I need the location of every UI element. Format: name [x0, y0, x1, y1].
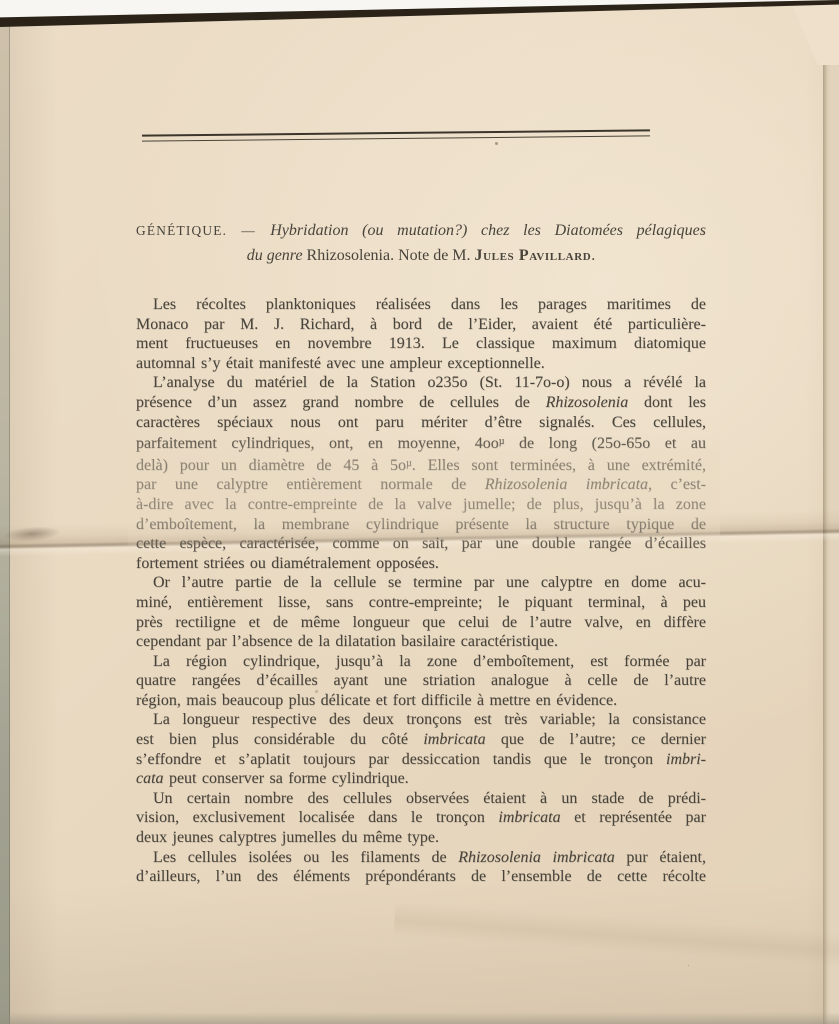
text-line: d’emboîtement, la membrane cylindrique p…: [136, 515, 706, 535]
text-segment: La région cylindrique, jusqu’à la zone d…: [153, 653, 706, 670]
text-line: Monaco par M. J. Richard, à bord de l’Ei…: [136, 315, 706, 335]
text-line: près rectiligne et de même longueur que …: [136, 613, 706, 633]
text-line: La région cylindrique, jusqu’à la zone d…: [136, 652, 706, 672]
text-segment: Hybridation (ou mutation?) chez les Diat…: [270, 222, 706, 239]
text-segment: caractères spéciaux nous ont paru mérite…: [136, 414, 706, 431]
text-line: delà) pour un diamètre de 45 à 5oµ. Elle…: [136, 454, 706, 476]
text-segment: près rectiligne et de même longueur que …: [136, 614, 706, 631]
text-segment: Rhizosolenia imbricata: [458, 849, 615, 866]
double-rule-divider: [142, 129, 650, 141]
text-segment: Les cellules isolées ou les filaments de: [153, 849, 458, 866]
text-line: Les cellules isolées ou les filaments de…: [136, 848, 706, 868]
text-segment: à-dire avec la contre-empreinte de la va…: [136, 496, 706, 513]
text-segment: cette espèce, caractérisée, comme on sai…: [136, 535, 706, 552]
text-segment: miné, entièrement lisse, sans contre-emp…: [136, 594, 706, 611]
article-heading: GÉNÉTIQUE. — Hybridation (ou mutation?) …: [136, 218, 706, 268]
text-line: cata peut conserver sa forme cylindrique…: [136, 769, 706, 789]
text-segment: delà) pour un diamètre de 45 à 5o: [136, 457, 406, 474]
heading-line-1: GÉNÉTIQUE. — Hybridation (ou mutation?) …: [136, 218, 706, 243]
text-line: à-dire avec la contre-empreinte de la va…: [136, 495, 706, 515]
article-body: Les récoltes planktoniques réalisées dan…: [136, 295, 706, 887]
text-segment: dont les: [628, 394, 706, 411]
scanned-document-page: GÉNÉTIQUE. — Hybridation (ou mutation?) …: [0, 0, 839, 1024]
text-line: caractères spéciaux nous ont paru mérite…: [136, 413, 706, 433]
text-line: Or l’autre partie de la cellule se termi…: [136, 573, 706, 593]
text-line: cependant par l’absence de la dilatation…: [136, 632, 706, 652]
text-segment: Or l’autre partie de la cellule se termi…: [153, 574, 706, 591]
text-line: parfaitement cylindriques, ont, en moyen…: [136, 432, 706, 454]
text-line: Les récoltes planktoniques réalisées dan…: [136, 295, 706, 315]
text-segment: Un certain nombre des cellules observées…: [153, 790, 706, 807]
text-segment: .: [591, 247, 595, 264]
text-segment: que de l’autre; ce dernier: [486, 731, 706, 748]
printed-content: GÉNÉTIQUE. — Hybridation (ou mutation?) …: [0, 0, 839, 1024]
text-segment: de long (25o-65o et au: [505, 435, 706, 452]
text-segment: région, mais beaucoup plus délicate et f…: [136, 692, 617, 709]
text-segment: Jules Pavillard: [475, 247, 592, 264]
text-segment: imbri-: [666, 751, 706, 768]
text-segment: peut conserver sa forme cylindrique.: [164, 770, 409, 787]
heading-line-2: du genre Rhizosolenia. Note de M. Jules …: [136, 243, 706, 268]
text-segment: présence d’un assez grand nombre de cell…: [136, 394, 546, 411]
text-line: quatre rangées d’écailles ayant une stri…: [136, 671, 706, 691]
text-segment: . Elles sont terminées, à une extrémité,: [412, 457, 706, 474]
text-segment: par une calyptre entièrement normale de: [136, 476, 485, 493]
text-segment: et représentée par: [561, 809, 706, 826]
text-line: miné, entièrement lisse, sans contre-emp…: [136, 593, 706, 613]
text-segment: automnal s’y était manifesté avec une am…: [136, 355, 545, 372]
text-segment: , c’est-: [648, 476, 706, 493]
text-segment: fortement striées ou diamétralement oppo…: [136, 555, 439, 572]
text-segment: du genre: [247, 247, 307, 264]
text-line: cette espèce, caractérisée, comme on sai…: [136, 534, 706, 554]
text-segment: imbricata: [498, 809, 560, 826]
text-segment: deux jeunes calyptres jumelles du même t…: [136, 829, 439, 846]
text-segment: La longueur respective des deux tronçons…: [153, 711, 706, 728]
text-segment: est bien plus considérable du côté: [136, 731, 423, 748]
text-segment: Rhizosolenia imbricata: [485, 476, 648, 493]
text-segment: imbricata: [423, 731, 485, 748]
text-segment: Rhizosolenia: [546, 394, 629, 411]
text-line: s’effondre et s’aplatit toujours par des…: [136, 750, 706, 770]
text-segment: pur étaient,: [615, 849, 706, 866]
text-segment: ment fructueuses en novembre 1913. Le cl…: [136, 335, 706, 352]
text-line: automnal s’y était manifesté avec une am…: [136, 354, 706, 374]
text-segment: Monaco par M. J. Richard, à bord de l’Ei…: [136, 316, 706, 333]
text-segment: vision, exclusivement localisée dans le …: [136, 809, 498, 826]
text-line: fortement striées ou diamétralement oppo…: [136, 554, 706, 574]
text-segment: quatre rangées d’écailles ayant une stri…: [136, 672, 706, 689]
text-line: L’analyse du matériel de la Station o235…: [136, 373, 706, 393]
text-segment: s’effondre et s’aplatit toujours par des…: [136, 751, 666, 768]
text-segment: Les récoltes planktoniques réalisées dan…: [153, 296, 706, 313]
text-line: deux jeunes calyptres jumelles du même t…: [136, 828, 706, 848]
text-segment: cependant par l’absence de la dilatation…: [136, 633, 558, 650]
text-line: Un certain nombre des cellules observées…: [136, 789, 706, 809]
text-line: d’ailleurs, l’un des éléments prépondéra…: [136, 867, 706, 887]
text-segment: GÉNÉTIQUE. —: [136, 223, 270, 238]
text-segment: d’ailleurs, l’un des éléments prépondéra…: [136, 868, 706, 885]
text-line: ment fructueuses en novembre 1913. Le cl…: [136, 334, 706, 354]
text-segment: parfaitement cylindriques, ont, en moyen…: [136, 435, 499, 452]
text-segment: cata: [136, 770, 164, 787]
text-segment: Rhizosolenia. Note de M.: [307, 247, 475, 264]
text-line: est bien plus considérable du côté imbri…: [136, 730, 706, 750]
text-line: région, mais beaucoup plus délicate et f…: [136, 691, 706, 711]
text-line: présence d’un assez grand nombre de cell…: [136, 393, 706, 413]
text-line: vision, exclusivement localisée dans le …: [136, 808, 706, 828]
text-line: par une calyptre entièrement normale de …: [136, 475, 706, 495]
text-line: La longueur respective des deux tronçons…: [136, 710, 706, 730]
text-segment: L’analyse du matériel de la Station o235…: [153, 374, 706, 391]
text-segment: d’emboîtement, la membrane cylindrique p…: [136, 516, 706, 533]
